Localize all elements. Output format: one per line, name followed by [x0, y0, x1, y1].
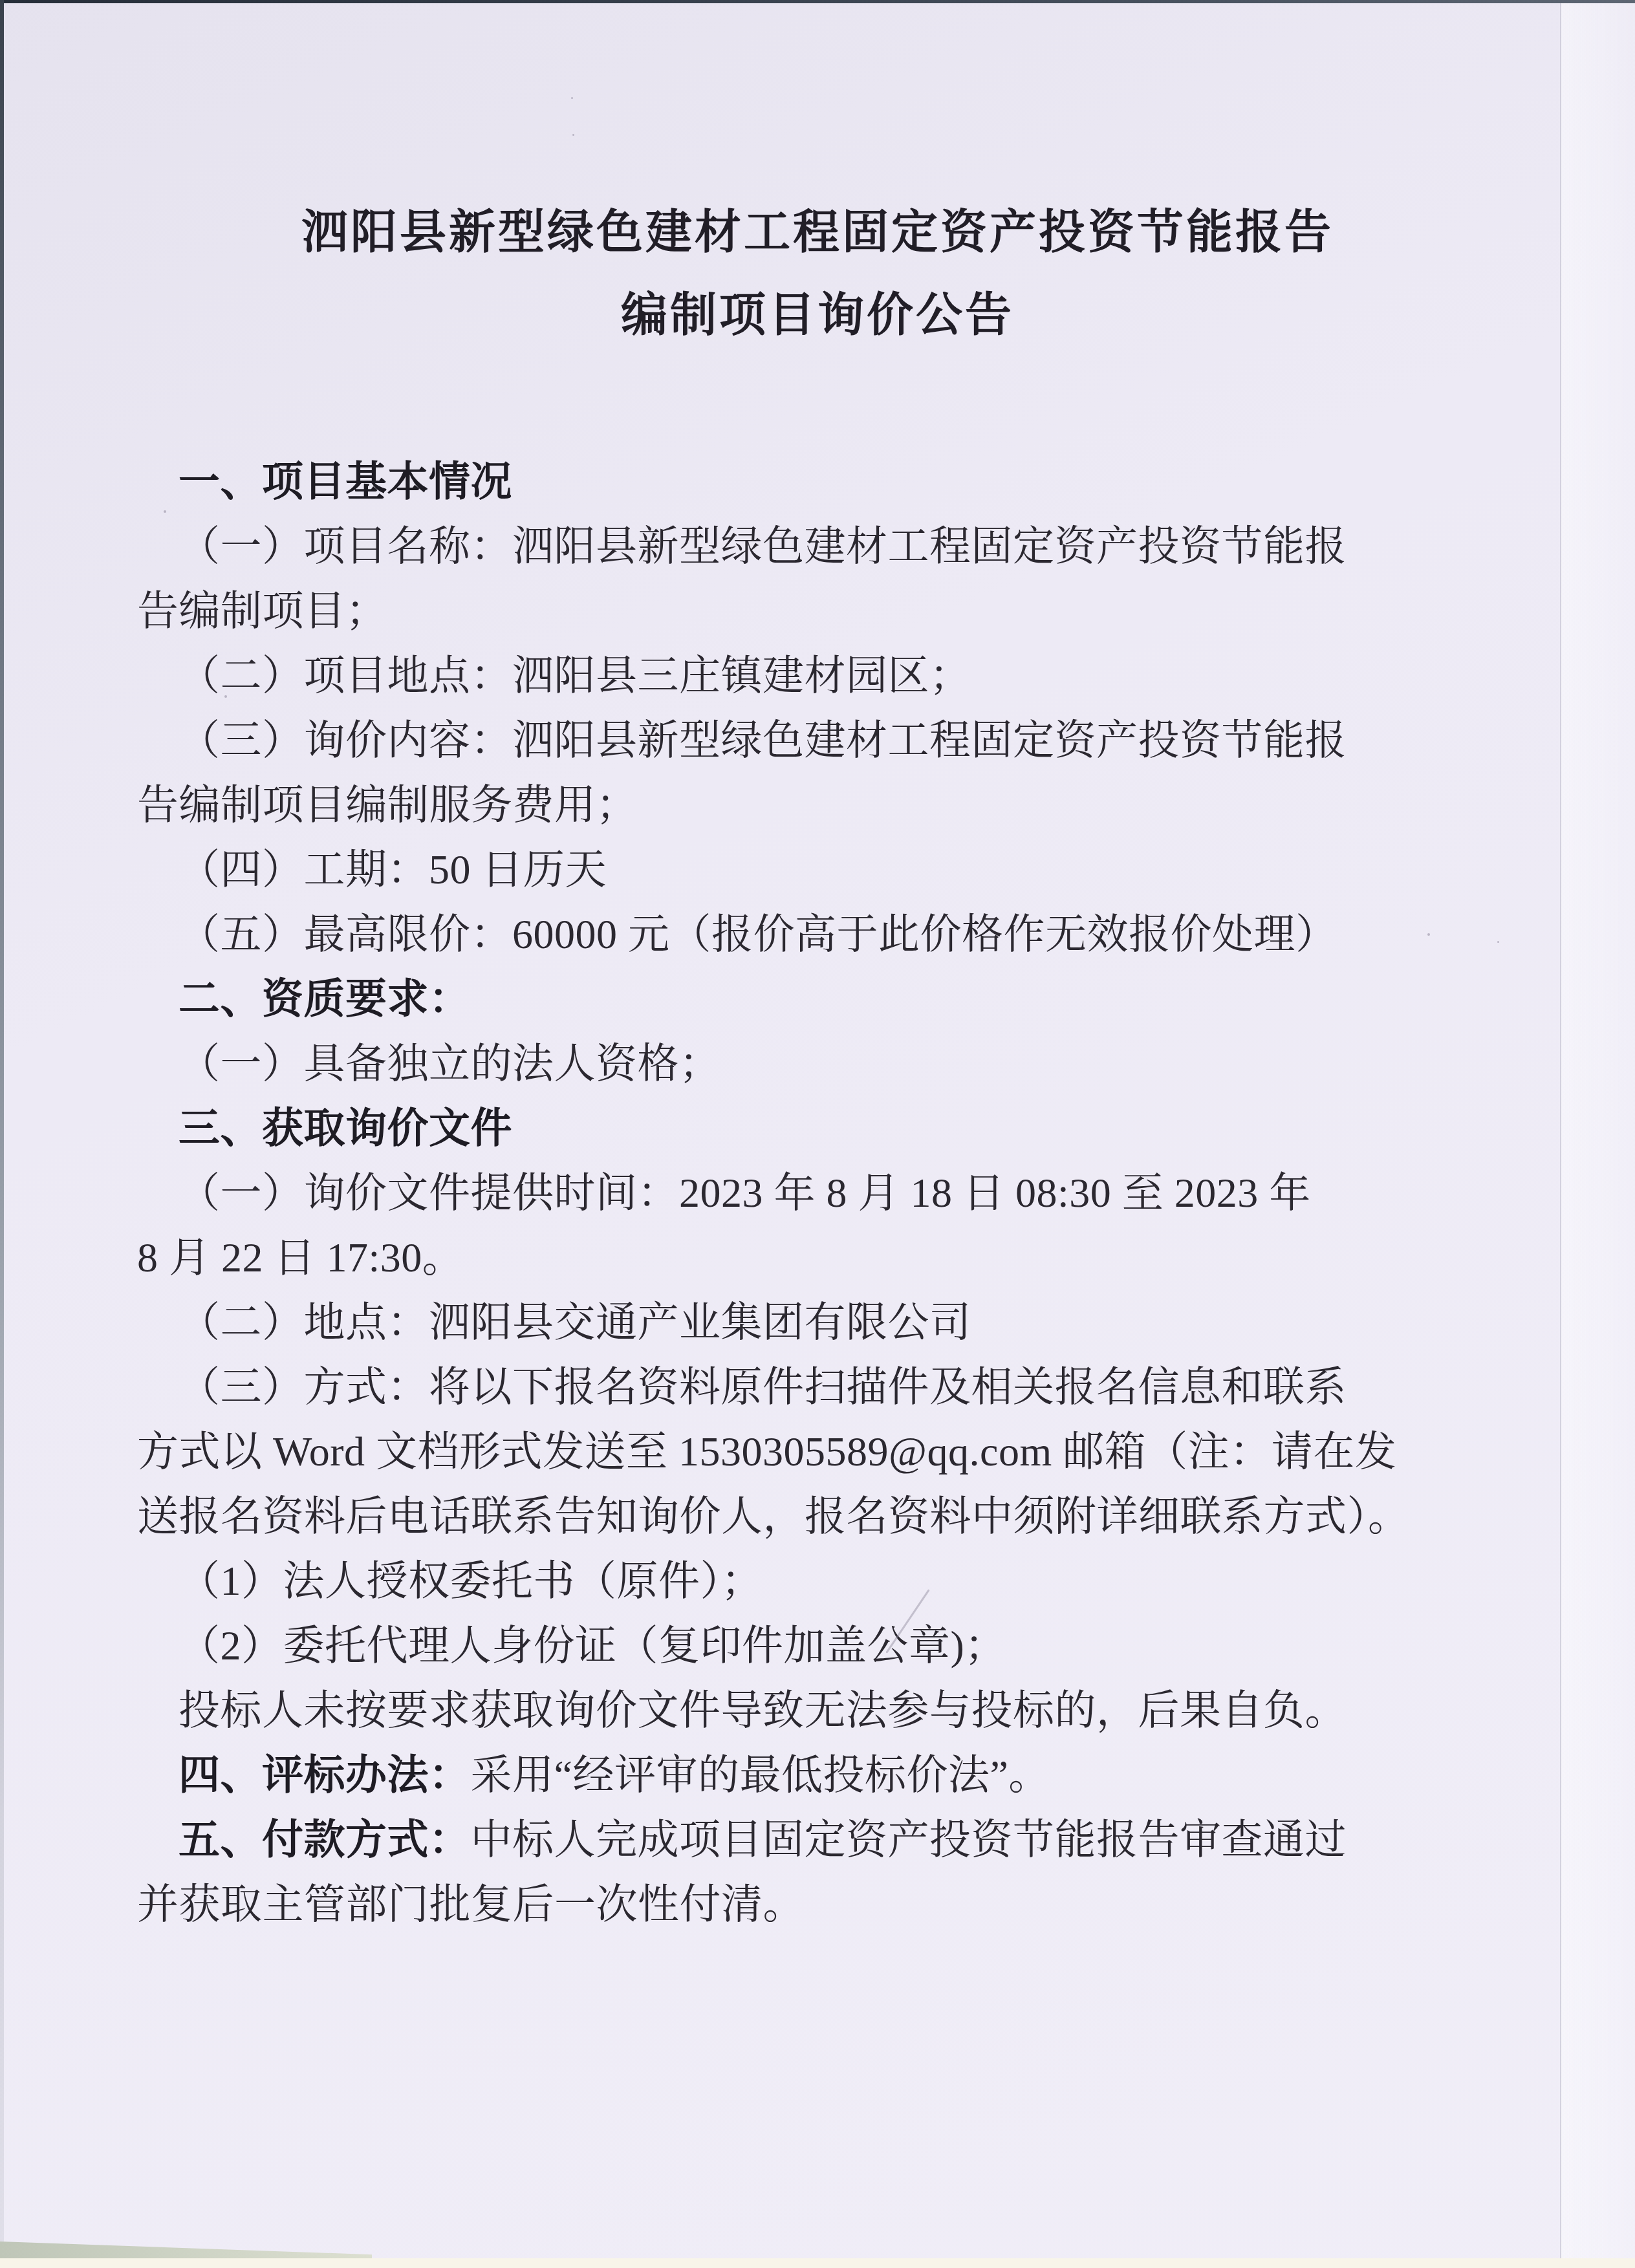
document-line: 二、资质要求：: [137, 967, 1431, 1031]
line-text: 采用“经评审的最低投标价法”。: [471, 1752, 1050, 1798]
line-text: 告编制项目编制服务费用；: [137, 782, 638, 828]
document-title: 泗阳县新型绿色建材工程固定资产投资节能报告 编制项目询价公告: [0, 191, 1635, 356]
line-text: （三）方式：将以下报名资料原件扫描件及相关报名信息和联系: [179, 1364, 1347, 1410]
document-line: 五、付款方式：中标人完成项目固定资产投资节能报告审查通过: [137, 1808, 1431, 1872]
document-line: 8 月 22 日 17:30。: [137, 1226, 1431, 1290]
line-text: （1）法人授权委托书（原件）；: [179, 1558, 763, 1604]
scan-shadow-bottom-left: [0, 2241, 372, 2260]
line-text: 8 月 22 日 17:30。: [137, 1235, 464, 1280]
dust-speck: [164, 510, 166, 513]
document-line: 三、获取询价文件: [137, 1096, 1431, 1161]
line-bold-text: 一、项目基本情况: [179, 459, 512, 504]
paper-right-edge: [1560, 0, 1635, 2258]
line-text: 告编制项目；: [137, 588, 387, 634]
document-line: 一、项目基本情况: [137, 449, 1431, 514]
document-line: （1）法人授权委托书（原件）；: [137, 1549, 1431, 1614]
line-text: （二）项目地点：泗阳县三庄镇建材园区；: [179, 653, 971, 698]
line-text: 方式以 Word 文档形式发送至 1530305589@qq.com 邮箱（注：…: [137, 1429, 1396, 1474]
line-text: 并获取主管部门批复后一次性付清。: [137, 1881, 805, 1927]
document-line: 并获取主管部门批复后一次性付清。: [137, 1872, 1431, 1937]
document-lines: 一、项目基本情况（一）项目名称：泗阳县新型绿色建材工程固定资产投资节能报告编制项…: [137, 449, 1431, 1937]
line-text: （2）委托代理人身份证（复印件加盖公章)；: [179, 1623, 1006, 1669]
line-text: （二）地点：泗阳县交通产业集团有限公司: [179, 1299, 971, 1345]
document-line: （一）项目名称：泗阳县新型绿色建材工程固定资产投资节能报: [137, 514, 1431, 579]
line-text: 中标人完成项目固定资产投资节能报告审查通过: [471, 1817, 1347, 1863]
line-text: 送报名资料后电话联系告知询价人，报名资料中须附详细联系方式）。: [137, 1493, 1410, 1539]
line-bold-text: 二、资质要求：: [179, 976, 471, 1022]
document-line: （一）具备独立的法人资格；: [137, 1031, 1431, 1096]
document-line: （二）地点：泗阳县交通产业集团有限公司: [137, 1290, 1431, 1355]
scan-edge-bottom: [0, 2258, 1635, 2268]
dust-speck: [1497, 941, 1499, 943]
document-line: （五）最高限价：60000 元（报价高于此价格作无效报价处理）: [137, 902, 1431, 967]
document-line: 告编制项目编制服务费用；: [137, 773, 1431, 837]
line-text: （一）具备独立的法人资格；: [179, 1041, 721, 1086]
dust-speck: [224, 695, 227, 698]
line-bold-text: 三、获取询价文件: [179, 1105, 512, 1151]
document-line: 方式以 Word 文档形式发送至 1530305589@qq.com 邮箱（注：…: [137, 1420, 1431, 1484]
line-text: 投标人未按要求获取询价文件导致无法参与投标的，后果自负。: [179, 1687, 1347, 1733]
document-line: 告编制项目；: [137, 579, 1431, 643]
document-line: 投标人未按要求获取询价文件导致无法参与投标的，后果自负。: [137, 1678, 1431, 1743]
document-line: 送报名资料后电话联系告知询价人，报名资料中须附详细联系方式）。: [137, 1484, 1431, 1549]
scan-edge-left: [0, 0, 4, 2268]
document-title-line1: 泗阳县新型绿色建材工程固定资产投资节能报告: [0, 191, 1635, 274]
line-text: （五）最高限价：60000 元（报价高于此价格作无效报价处理）: [179, 911, 1337, 957]
document-line: （三）询价内容：泗阳县新型绿色建材工程固定资产投资节能报: [137, 708, 1431, 773]
document-line: （2）委托代理人身份证（复印件加盖公章)；: [137, 1614, 1431, 1678]
line-text: （一）项目名称：泗阳县新型绿色建材工程固定资产投资节能报: [179, 523, 1347, 569]
dust-speck: [1427, 933, 1430, 936]
dust-speck: [571, 97, 573, 99]
document-line: （四）工期：50 日历天: [137, 837, 1431, 902]
document-line: （一）询价文件提供时间：2023 年 8 月 18 日 08:30 至 2023…: [137, 1161, 1431, 1226]
line-text: （四）工期：50 日历天: [179, 847, 607, 892]
line-bold-text: 四、评标办法：: [179, 1752, 471, 1798]
line-text: （一）询价文件提供时间：2023 年 8 月 18 日 08:30 至 2023…: [179, 1170, 1311, 1216]
document-title-line2: 编制项目询价公告: [0, 274, 1635, 356]
document-line: 四、评标办法：采用“经评审的最低投标价法”。: [137, 1743, 1431, 1808]
scanned-page: { "page": { "title_line1": "泗阳县新型绿色建材工程固…: [0, 0, 1635, 2268]
document-line: （二）项目地点：泗阳县三庄镇建材园区；: [137, 643, 1431, 708]
line-bold-text: 五、付款方式：: [179, 1817, 471, 1863]
dust-speck: [572, 134, 574, 136]
scan-edge-top: [0, 0, 1635, 3]
document-line: （三）方式：将以下报名资料原件扫描件及相关报名信息和联系: [137, 1355, 1431, 1420]
line-text: （三）询价内容：泗阳县新型绿色建材工程固定资产投资节能报: [179, 717, 1347, 763]
